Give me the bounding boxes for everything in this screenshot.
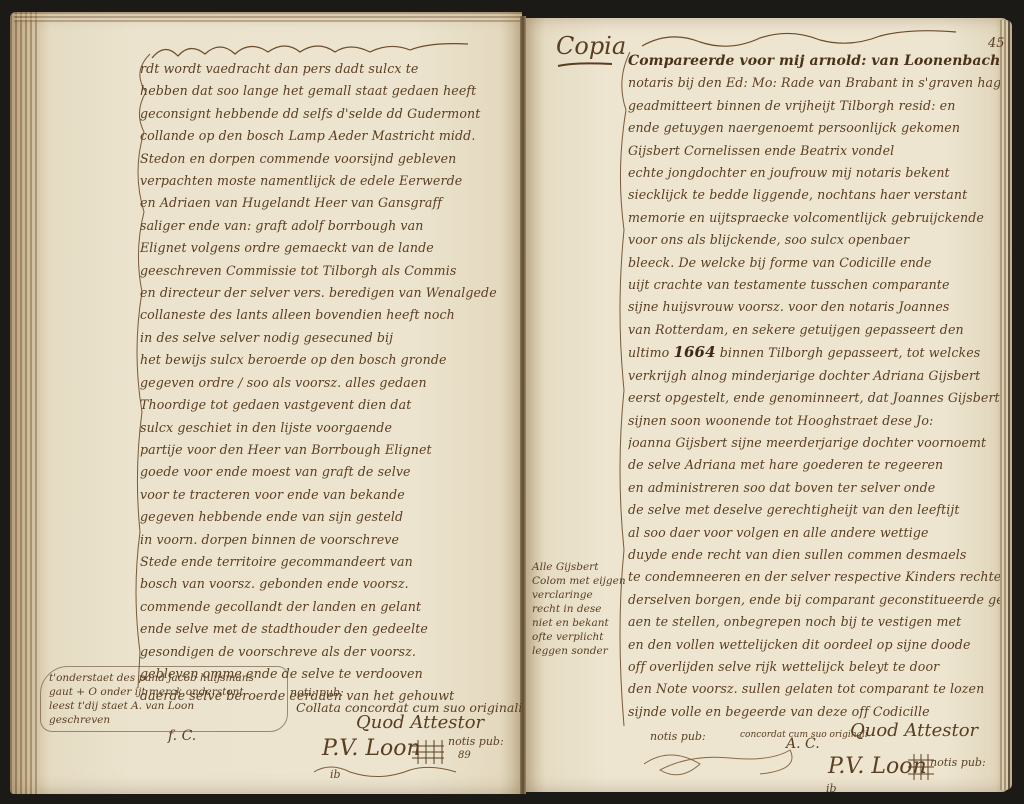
manuscript-spread: rdt wordt vaedracht dan pers dadt sulcx … (0, 0, 1024, 804)
manuscript-line: echte jongdochter en joufrouw mij notari… (628, 162, 1000, 184)
manuscript-line: collande op den bosch Lamp Aeder Mastric… (140, 125, 515, 147)
left-initials: f. C. (168, 728, 196, 744)
right-flourish-mark: ib (826, 782, 837, 795)
signature-underline-flourish-icon (310, 760, 460, 782)
line-continuation: binnen Tilborgh gepasseert, tot welckes (716, 345, 981, 360)
manuscript-line: hebben dat soo lange het gemall staat ge… (140, 80, 515, 102)
manuscript-line: gegeven ordre / soo als voorsz. alles ge… (140, 372, 515, 394)
manuscript-line: commende gecollandt der landen en gelant (140, 596, 515, 618)
marginal-line: t'onderstaet des pand jacob huijsmans (49, 671, 279, 685)
marginal-line: niet en bekant (532, 616, 632, 630)
manuscript-line: sijne huijsvrouw voorsz. voor den notari… (628, 296, 1000, 318)
right-page-body: Compareerde voor mij arnold: van Loonenb… (628, 50, 1000, 723)
manuscript-line: uijt crachte van testamente tusschen com… (628, 274, 1000, 296)
manuscript-line: in des selve selver nodig gesecuned bij (140, 327, 515, 349)
manuscript-line: eerst opgestelt, ende genominneert, dat … (628, 387, 1000, 409)
left-quod-attestor: Quod Attestor (356, 712, 484, 733)
manuscript-line: joanna Gijsbert sijne meerderjarige doch… (628, 432, 1000, 454)
manuscript-line: verkrijgh alnog minderjarige dochter Adr… (628, 365, 1000, 387)
manuscript-line: sijnen soon woonende tot Hooghstraet des… (628, 410, 1000, 432)
manuscript-line: ende getuygen naergenoemt persoonlijck g… (628, 117, 1000, 139)
marginal-line: leggen sonder (532, 644, 632, 658)
manuscript-line: gesondigen de voorschreve als der voorsz… (140, 641, 515, 663)
year-1664: 1664 (673, 343, 715, 361)
manuscript-line: in voorn. dorpen binnen de voorschreve (140, 529, 515, 551)
left-page-body: rdt wordt vaedracht dan pers dadt sulcx … (140, 58, 515, 708)
manuscript-line-opening: Compareerde voor mij arnold: van Loonenb… (628, 50, 1000, 72)
right-lower-loop-flourish-icon (640, 744, 810, 784)
right-page-edge-stack (1000, 20, 1012, 790)
manuscript-line: en Adriaen van Hugelandt Heer van Gansgr… (140, 192, 515, 214)
manuscript-line: rdt wordt vaedracht dan pers dadt sulcx … (140, 58, 515, 80)
manuscript-line: ende selve met de stadthouder den gedeel… (140, 618, 515, 640)
manuscript-line: en directeur der selver vers. beredigen … (140, 282, 515, 304)
manuscript-line: bosch van voorsz. gebonden ende voorsz. (140, 573, 515, 595)
left-signature-suffix: notis pub: (448, 736, 504, 748)
manuscript-line: geadmitteert binnen de vrijheijt Tilborg… (628, 95, 1000, 117)
manuscript-line: Elignet volgens ordre gemaeckt van de la… (140, 237, 515, 259)
manuscript-line: geconsignt hebbende dd selfs d'selde dd … (140, 103, 515, 125)
left-marginal-note: t'onderstaet des pand jacob huijsmans ga… (40, 666, 288, 732)
manuscript-line: verpachten moste namentlijck de edele Ee… (140, 170, 515, 192)
manuscript-line: en administreren soo dat boven ter selve… (628, 477, 1000, 499)
manuscript-line: de selve met deselve gerechtigheijt van … (628, 499, 1000, 521)
manuscript-line-with-year: ultimo 1664 binnen Tilborgh gepasseert, … (628, 341, 1000, 364)
manuscript-line: gegeven hebbende ende van sijn gesteld (140, 506, 515, 528)
manuscript-line: van Rotterdam, en sekere getuijgen gepas… (628, 319, 1000, 341)
ultimo-word: ultimo (628, 345, 673, 360)
manuscript-line: de selve Adriana met hare goederen te re… (628, 454, 1000, 476)
manuscript-line: notaris bij den Ed: Mo: Rade van Brabant… (628, 72, 1000, 94)
manuscript-line: saliger ende van: graft adolf borrbough … (140, 215, 515, 237)
right-signature-suffix: notis pub: (930, 756, 986, 769)
manuscript-line: siecklijck te bedde liggende, nochtans h… (628, 184, 1000, 206)
folio-number: 45 (988, 36, 1005, 51)
right-notis-line: notis pub: (650, 730, 706, 743)
marginal-line: Alle Gijsbert (532, 560, 632, 574)
manuscript-line: duyde ende recht van dien sullen commen … (628, 544, 1000, 566)
manuscript-line: Stedon en dorpen commende voorsijnd gebl… (140, 148, 515, 170)
manuscript-line: al soo daer voor volgen en alle andere w… (628, 522, 1000, 544)
manuscript-line: aen te stellen, onbegrepen noch bij te v… (628, 611, 1000, 633)
manuscript-line: bleeck. De welcke bij forme van Codicill… (628, 252, 1000, 274)
manuscript-line: voor ons als blijckende, soo sulcx openb… (628, 229, 1000, 251)
manuscript-line: memorie en uijtspraecke volcomentlijck g… (628, 207, 1000, 229)
marginal-line: Colom met eijgen (532, 574, 632, 588)
manuscript-line: goede voor ende moest van graft de selve (140, 461, 515, 483)
manuscript-line: geeschreven Commissie tot Tilborgh als C… (140, 260, 515, 282)
manuscript-line: Gijsbert Cornelissen ende Beatrix vondel (628, 140, 1000, 162)
manuscript-line: sulcx geschiet in den lijste voorgaende (140, 417, 515, 439)
marginal-line: recht in dese (532, 602, 632, 616)
right-top-flourish-icon (640, 26, 960, 52)
left-page-top-edge (14, 12, 522, 22)
manuscript-line: den Note voorsz. sullen gelaten tot comp… (628, 678, 1000, 700)
marginal-line: gaut + O onder ijt merck onderstont (49, 685, 279, 699)
left-notis-line: noti: pub: (290, 686, 344, 699)
manuscript-line: collaneste des lants alleen bovendien he… (140, 304, 515, 326)
right-marginal-note: Alle Gijsbert Colom met eijgen verclarin… (532, 560, 632, 658)
copia-underline-icon (556, 58, 616, 70)
marginal-line: leest t'dij staet A. van Loon (49, 699, 279, 713)
manuscript-line: Stede ende territoire gecommandeert van (140, 551, 515, 573)
right-quod-attestor: Quod Attestor (850, 720, 978, 741)
manuscript-line: off overlijden selve rijk wettelijck bel… (628, 656, 1000, 678)
manuscript-line: en den vollen wettelijcken dit oordeel o… (628, 634, 1000, 656)
manuscript-line: Thoordige tot gedaen vastgevent dien dat (140, 394, 515, 416)
left-page-edge-stack (10, 12, 40, 794)
manuscript-line: derselven borgen, ende bij comparant gec… (628, 589, 1000, 611)
manuscript-line: te condemneeren en der selver respective… (628, 566, 1000, 588)
marginal-line: ofte verplicht (532, 630, 632, 644)
left-notary-signature: P.V. Loon (322, 736, 421, 761)
manuscript-line: partije voor den Heer van Borrbough Elig… (140, 439, 515, 461)
manuscript-line: voor te tracteren voor ende van bekande (140, 484, 515, 506)
marginal-line: verclaringe (532, 588, 632, 602)
marginal-line: geschreven (49, 713, 279, 727)
manuscript-line: het bewijs sulcx beroerde op den bosch g… (140, 349, 515, 371)
